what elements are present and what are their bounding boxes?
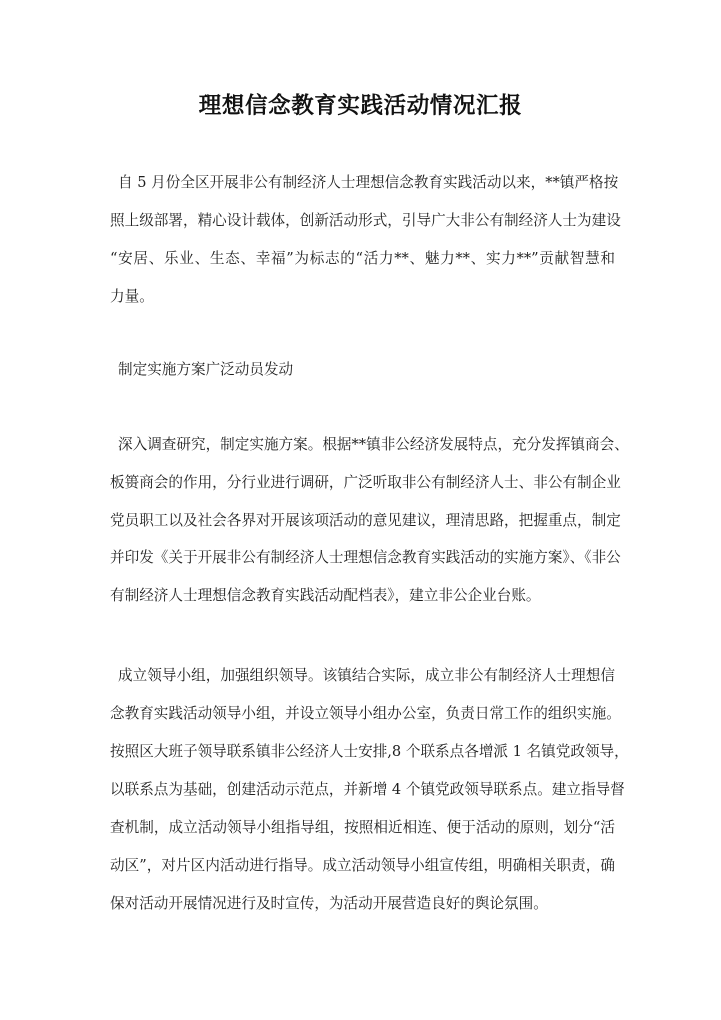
- text-line: 成立领导小组，加强组织领导。该镇结合实际，成立非公有制经济人士理想信: [118, 666, 615, 686]
- text-line: 按照区大班子领导联系镇非公经济人士安排,8 个联系点各增派 1 名镇党政领导，: [110, 742, 615, 762]
- text-line: 自 5 月份全区开展非公有制经济人士理想信念教育实践活动以来，**镇严格按: [118, 173, 615, 193]
- text-line: 力量。: [110, 287, 615, 307]
- text-line: 念教育实践活动领导小组，并设立领导小组办公室，负责日常工作的组织实施。: [110, 704, 615, 724]
- text-line: 查机制，成立活动领导小组指导组，按照相近相连、便于活动的原则，划分“活: [110, 818, 615, 838]
- text-line: 并印发《关于开展非公有制经济人士理想信念教育实践活动的实施方案》、《非公: [110, 548, 615, 568]
- text-line: 照上级部署，精心设计载体，创新活动形式，引导广大非公有制经济人士为建设: [110, 211, 615, 231]
- document-page: 理想信念教育实践活动情况汇报 自 5 月份全区开展非公有制经济人士理想信念教育实…: [0, 0, 721, 1020]
- text-line: 以联系点为基础，创建活动示范点，并新增 4 个镇党政领导联系点。建立指导督: [110, 780, 615, 800]
- text-line: 板篑商会的作用，分行业进行调研，广泛听取非公有制经济人士、非公有制企业: [110, 473, 615, 493]
- text-line: 深入调查研究，制定实施方案。根据**镇非公经济发展特点，充分发挥镇商会、: [118, 435, 615, 455]
- text-line: “安居、乐业、生态、幸福”为标志的“活力**、魅力**、实力**”贡献智慧和: [110, 249, 615, 269]
- document-title: 理想信念教育实践活动情况汇报: [0, 88, 721, 124]
- text-line: 动区”，对片区内活动进行指导。成立活动领导小组宣传组，明确相关职责，确: [110, 856, 615, 876]
- text-line: 有制经济人士理想信念教育实践活动配档表》，建立非公企业台账。: [110, 586, 615, 606]
- text-line: 党员职工以及社会各界对开展该项活动的意见建议，理清思路，把握重点，制定: [110, 511, 615, 531]
- section-heading-text: 制定实施方案广泛动员发动: [118, 360, 615, 380]
- text-line: 保对活动开展情况进行及时宣传，为活动开展营造良好的舆论氛围。: [110, 894, 615, 914]
